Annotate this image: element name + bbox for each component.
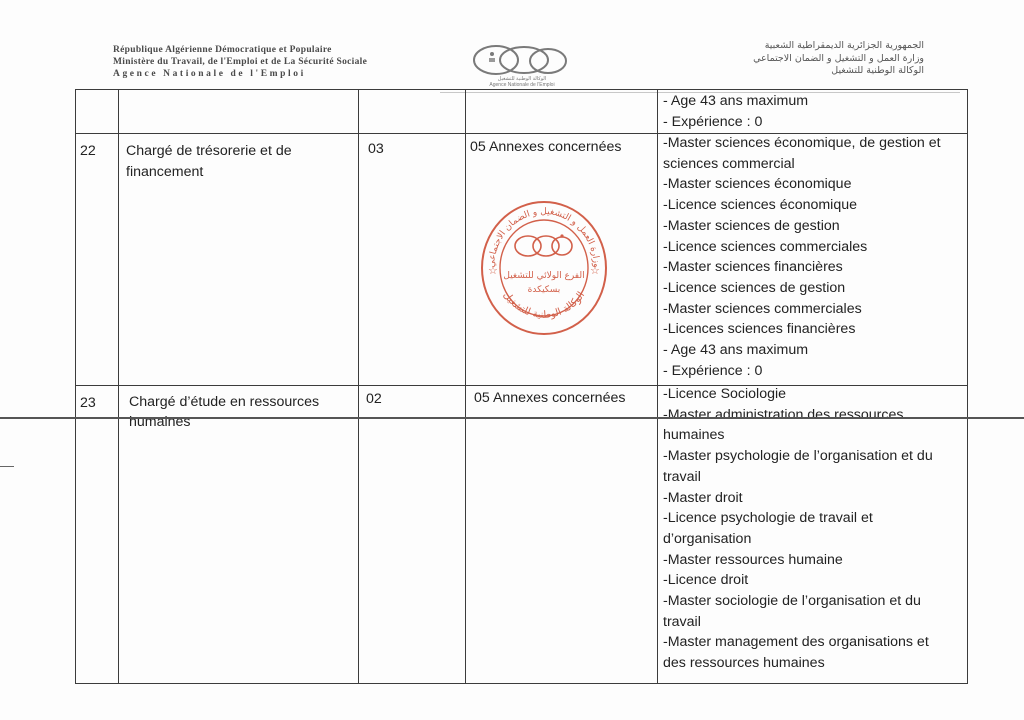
requirement-item: -Master sciences commerciales xyxy=(663,299,941,320)
requirement-item: travail xyxy=(663,467,933,488)
requirement-item: -Licence psychologie de travail et xyxy=(663,508,933,529)
requirement-item: des ressources humaines xyxy=(663,653,933,674)
logo-caption: الوكالة الوطنية للتشغيل Agence Nationale… xyxy=(462,76,582,88)
requirement-item: -Master ressources humaine xyxy=(663,550,933,571)
scanned-document-page: République Algérienne Démocratique et Po… xyxy=(0,0,1024,720)
requirement-item: sciences commercial xyxy=(663,154,941,175)
stamp-outer-top: وزارة العمل و التشغيل و الضمان الاجتماعي xyxy=(487,207,601,268)
requirement-item: - Age 43 ans maximum xyxy=(663,340,941,361)
stamp-star-left-icon: ☆ xyxy=(488,265,498,277)
requirement-item: -Master sciences économique xyxy=(663,174,941,195)
table-bottom-border xyxy=(75,683,968,684)
position-title-line-2: financement xyxy=(126,162,203,183)
requirement-item: -Licence sciences économique xyxy=(663,195,941,216)
position-title-line-1: Chargé d’étude en ressources xyxy=(129,392,319,413)
requirement-item: -Licence sciences de gestion xyxy=(663,278,941,299)
requirement-item: travail xyxy=(663,612,933,633)
requirement-item: -Master sciences financières xyxy=(663,257,941,278)
column-border xyxy=(967,89,968,684)
table-top-border xyxy=(75,89,968,90)
continuation-requirements: - Age 43 ans maximum - Expérience : 0 xyxy=(663,91,808,132)
requirement-item: -Master sciences économique, de gestion … xyxy=(663,133,941,154)
requirement-item: -Licences sciences financières xyxy=(663,319,941,340)
column-border xyxy=(657,89,658,684)
stamp-inner-line-2: بسكيكدة xyxy=(528,285,561,295)
requirement-item: -Master droit xyxy=(663,488,933,509)
position-title-line-2: humaines xyxy=(129,412,191,433)
requirements-list: -Master sciences économique, de gestion … xyxy=(663,133,941,381)
header-ar-line-2: وزارة العمل و التشغيل و الضمان الاجتماعي xyxy=(753,53,924,66)
requirement-item: -Master sciences de gestion xyxy=(663,216,941,237)
header-ar-line-1: الجمهورية الجزائرية الديمقراطية الشعبية xyxy=(753,40,924,53)
requirement-item: -Licence Sociologie xyxy=(663,384,933,405)
requirement-item: -Master management des organisations et xyxy=(663,632,933,653)
column-border xyxy=(358,89,359,684)
stamp-inner-line-1: الفرع الولائي للتشغيل xyxy=(503,271,584,281)
header-french: République Algérienne Démocratique et Po… xyxy=(113,44,367,80)
requirement-item: - Expérience : 0 xyxy=(663,361,941,382)
requirement-item: d’organisation xyxy=(663,529,933,550)
scan-artifact-dash xyxy=(0,466,14,467)
requirements-list: -Licence Sociologie -Master administrati… xyxy=(663,384,933,674)
official-stamp-icon: وزارة العمل و التشغيل و الضمان الاجتماعي… xyxy=(478,198,610,338)
position-title-line-1: Chargé de trésorerie et de xyxy=(126,141,292,162)
requirement-item: -Master administration des ressources xyxy=(663,405,933,426)
column-border xyxy=(75,89,76,684)
requirement-item: -Master psychologie de l’organisation et… xyxy=(663,446,933,467)
row-number: 22 xyxy=(80,141,96,162)
requirement-item: - Age 43 ans maximum xyxy=(663,91,808,112)
header-fr-line-1: République Algérienne Démocratique et Po… xyxy=(113,44,367,56)
header-fr-line-2: Ministère du Travail, de l'Emploi et de … xyxy=(113,56,367,68)
position-count: 03 xyxy=(368,139,384,160)
stamp-star-right-icon: ☆ xyxy=(590,265,600,277)
requirement-item: - Expérience : 0 xyxy=(663,112,808,133)
column-border xyxy=(118,89,119,684)
requirement-item: humaines xyxy=(663,425,933,446)
header-ar-line-3: الوكالة الوطنية للتشغيل xyxy=(753,65,924,78)
header-fr-line-3: Agence Nationale de l'Emploi xyxy=(113,68,367,80)
requirement-item: -Licence sciences commerciales xyxy=(663,237,941,258)
position-count: 02 xyxy=(366,389,382,410)
requirement-item: -Master sociologie de l’organisation et … xyxy=(663,591,933,612)
logo-caption-fr: Agence Nationale de l'Emploi xyxy=(462,82,582,88)
scan-artifact-line xyxy=(0,417,1024,419)
position-location: 05 Annexes concernées xyxy=(474,388,625,409)
position-location: 05 Annexes concernées xyxy=(470,137,621,158)
header-arabic: الجمهورية الجزائرية الديمقراطية الشعبية … xyxy=(753,40,924,78)
column-border xyxy=(465,89,466,684)
requirement-item: -Licence droit xyxy=(663,570,933,591)
row-number: 23 xyxy=(80,393,96,414)
svg-text:وزارة العمل و التشغيل و الضمان: وزارة العمل و التشغيل و الضمان الاجتماعي xyxy=(487,207,601,268)
